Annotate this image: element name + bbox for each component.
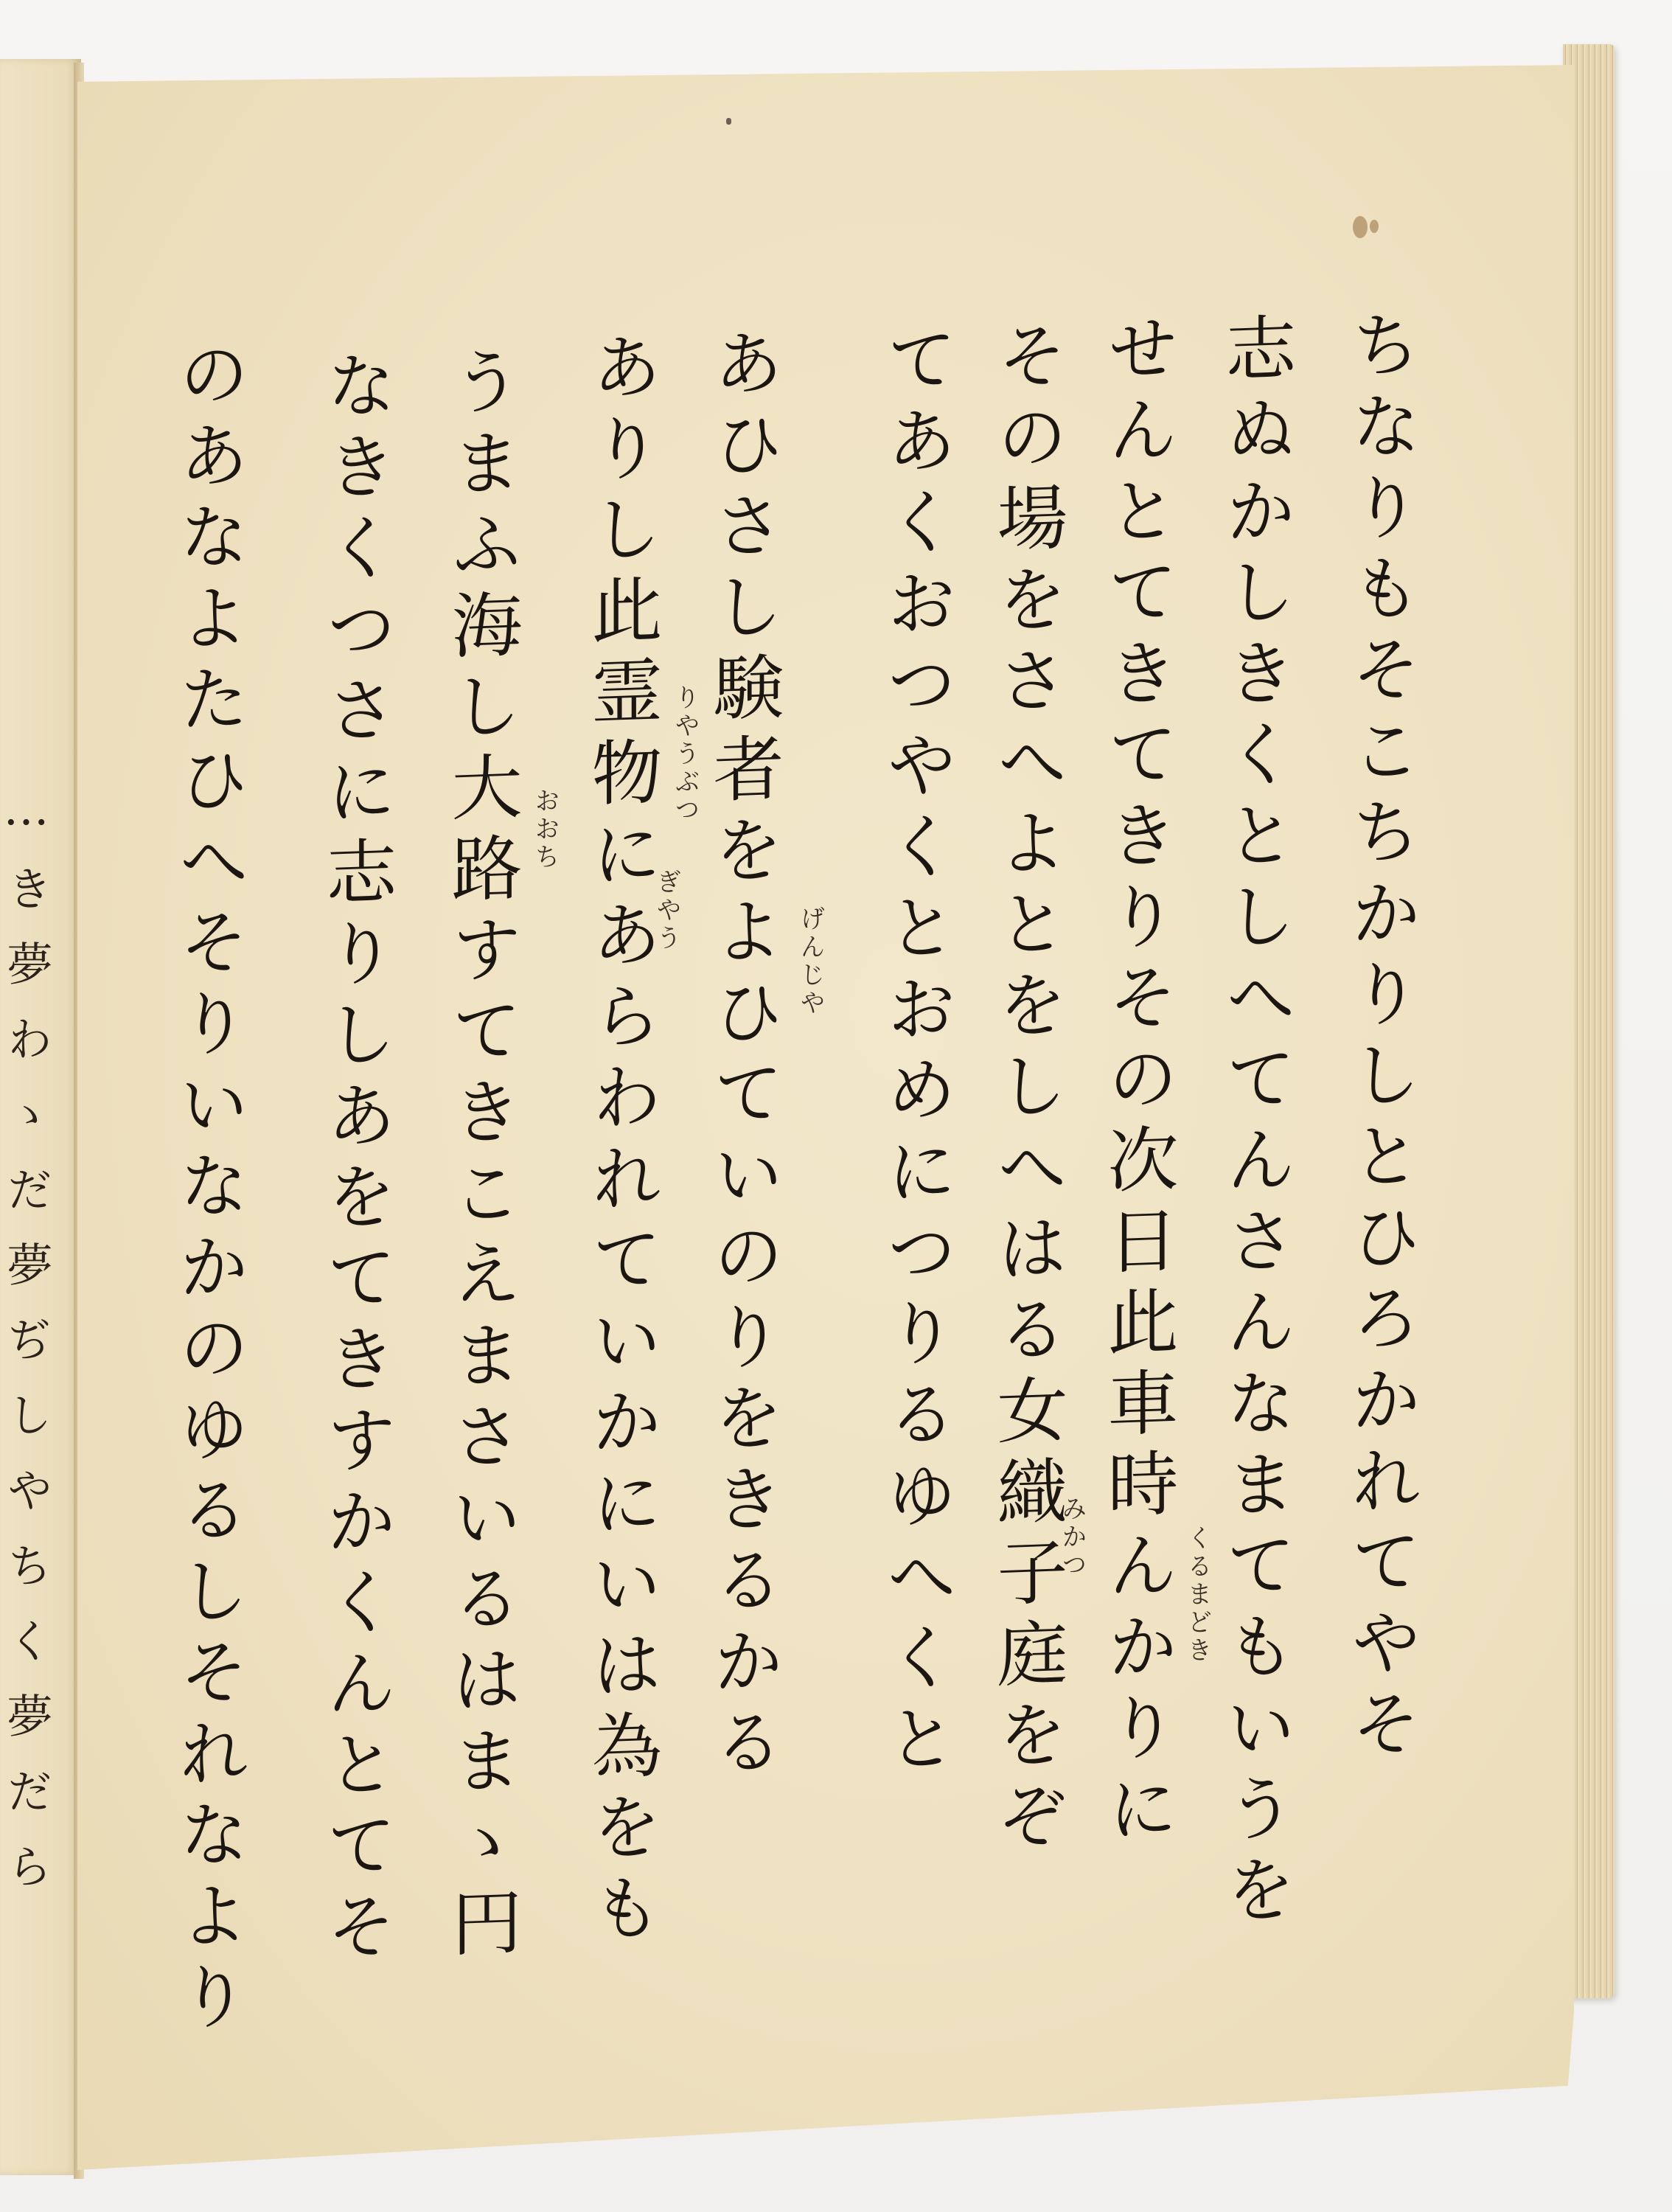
stain-mark	[1353, 216, 1368, 238]
right-page: ちなりもそこちかりしとひろかれてやそ 志ぬかしきくとしへてんさんなまてもいうを …	[77, 65, 1574, 2170]
ink-speck	[726, 118, 731, 125]
furigana-annotation: みかつ	[1054, 1495, 1090, 1579]
furigana-annotation: りやうぶつ	[667, 684, 703, 824]
text-column-8: うまふ海し大路すてきこえまさいるはまゝ円	[446, 344, 517, 1968]
text-column-1: ちなりもそこちかりしとひろかれてやそ	[1345, 307, 1416, 1769]
text-column-4: その場をさへよとをしへはる女織子庭をぞ	[992, 318, 1062, 1861]
furigana-annotation: くるまどき	[1180, 1525, 1216, 1665]
furigana-annotation: おおち	[527, 787, 563, 872]
furigana-annotation: ぎやう	[649, 869, 685, 953]
text-column-7: ありし此霊物にあらわれていかにいは為をも	[586, 329, 657, 1953]
text-column-6: あひさし験者をよひていのりをきるかる	[708, 325, 778, 1787]
stain-mark	[1370, 220, 1379, 233]
text-column-9: なきくつさに志りしあをてきすかくんとてそ	[321, 347, 391, 1972]
text-column-2: 志ぬかしきくとしへてんさんなまてもいうを	[1220, 310, 1291, 1935]
furigana-annotation: げんじや	[793, 905, 829, 1018]
left-page-text-fragment: …き夢わゝだ夢ぢしやちく夢だら	[0, 782, 59, 2183]
text-column-10: のあなよたひへそりいなかのゆるしそれなより	[173, 336, 244, 2042]
left-page: …き夢わゝだ夢ぢしやちく夢だら	[0, 59, 81, 2175]
text-column-3: せんとてきてきりその次日此車時んかりに	[1102, 310, 1173, 1854]
text-column-5: てあくおつやくとおめにつりるゆへくと	[881, 321, 952, 1784]
